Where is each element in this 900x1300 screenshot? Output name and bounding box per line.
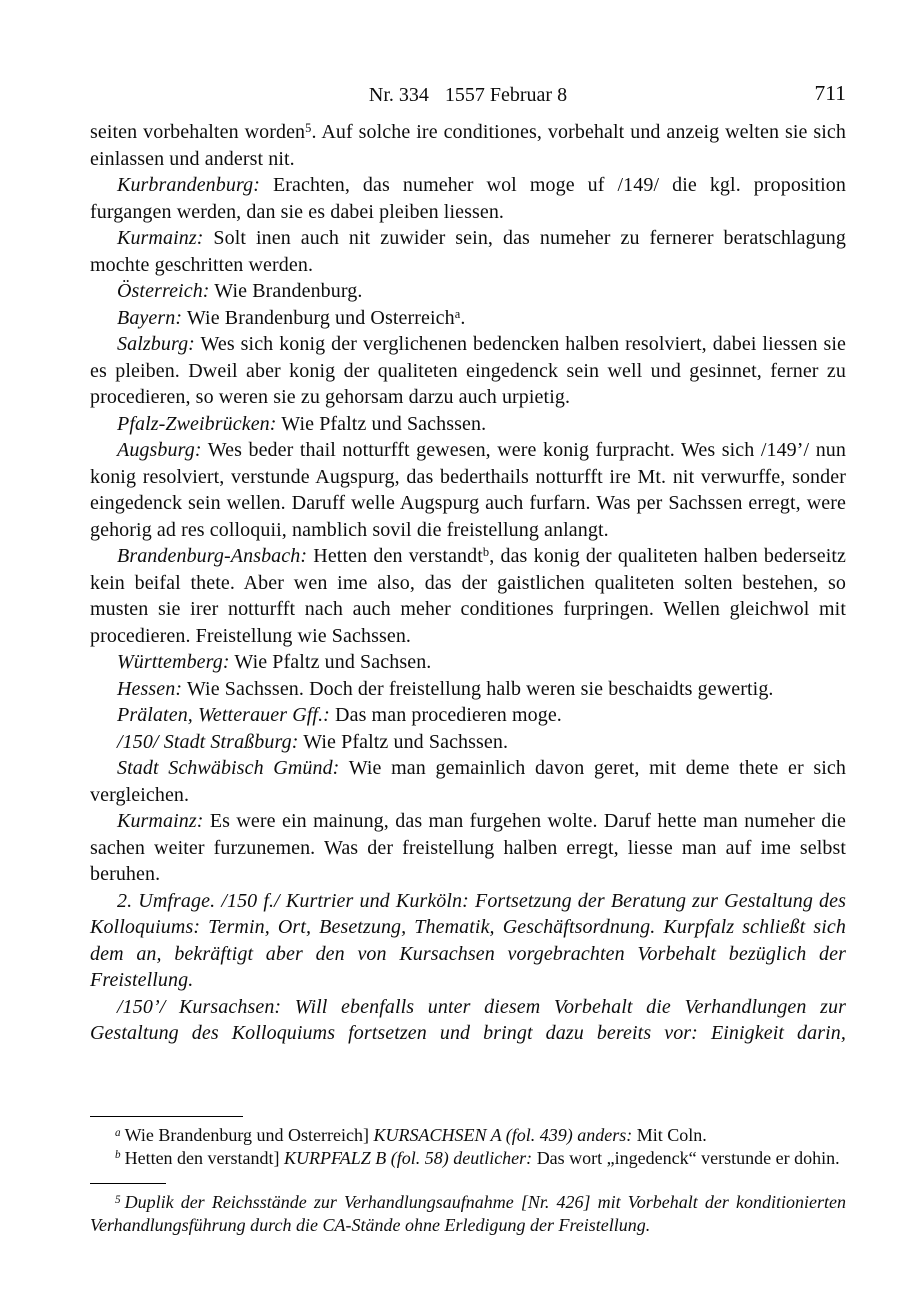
paragraph: Kurbrandenburg: Erachten, das numeher wo…: [90, 172, 846, 225]
header-caption: Nr. 3341557 Februar 8: [90, 83, 846, 107]
running-header: Nr. 3341557 Februar 8 711: [90, 83, 846, 107]
document-number: Nr. 334: [369, 84, 429, 106]
footnote-marker: a: [115, 1127, 121, 1139]
text-run: /150’/ Kursachsen: Will ebenfalls unter …: [90, 996, 846, 1045]
paragraph: Kurmainz: Es were ein mainung, das man f…: [90, 808, 846, 888]
text-run: Wie Pfaltz und Sachssen.: [277, 413, 487, 435]
text-run: Das wort „ingedenck“ verstunde er dohin.: [532, 1148, 839, 1168]
text-run: Österreich:: [117, 280, 210, 302]
text-run: Brandenburg-Ansbach:: [117, 545, 307, 567]
text-run: Wie Brandenburg und Osterreich]: [125, 1125, 374, 1145]
text-run: /150/ Stadt Straßburg:: [117, 731, 298, 753]
text-run: Hetten den verstandt]: [125, 1148, 284, 1168]
letter-note: bHetten den verstandt] KURPFALZ B (fol. …: [90, 1147, 846, 1170]
text-run: Kurmainz:: [117, 227, 203, 249]
letter-apparatus-rule: [90, 1116, 243, 1117]
footnote-rule: [90, 1183, 166, 1184]
document-date: 1557 Februar 8: [445, 84, 567, 106]
text-run: Solt inen auch nit zuwider sein, das num…: [90, 227, 846, 276]
text-run: Württemberg:: [117, 651, 230, 673]
paragraph: Kurmainz: Solt inen auch nit zuwider sei…: [90, 225, 846, 278]
paragraph: /150’/ Kursachsen: Will ebenfalls unter …: [90, 994, 846, 1047]
text-run: KURPFALZ B (fol. 58) deutlicher:: [284, 1148, 532, 1168]
text-run: Mit Coln.: [632, 1125, 707, 1145]
text-run: Augsburg:: [117, 439, 202, 461]
paragraph: /150/ Stadt Straßburg: Wie Pfaltz und Sa…: [90, 729, 846, 756]
page-number: 711: [815, 81, 846, 105]
paragraph: Prälaten, Wetterauer Gff.: Das man proce…: [90, 702, 846, 729]
letter-notes: aWie Brandenburg und Osterreich] KURSACH…: [90, 1124, 846, 1169]
letter-note: aWie Brandenburg und Osterreich] KURSACH…: [90, 1124, 846, 1147]
paragraph: 2. Umfrage. /150 f./ Kurtrier und Kurköl…: [90, 888, 846, 994]
paragraph: Brandenburg-Ansbach: Hetten den verstand…: [90, 543, 846, 649]
paragraph: seiten vorbehalten worden5. Auf solche i…: [90, 119, 846, 172]
paragraph: Salzburg: Wes sich konig der verglichene…: [90, 331, 846, 411]
text-run: Salzburg:: [117, 333, 195, 355]
paragraph: Hessen: Wie Sachssen. Doch der freistell…: [90, 676, 846, 703]
text-run: Kurbrandenburg:: [117, 174, 260, 196]
text-run: KURSACHSEN A (fol. 439) anders:: [373, 1125, 632, 1145]
paragraph: Augsburg: Wes beder thail notturfft gewe…: [90, 437, 846, 543]
paragraph: Österreich: Wie Brandenburg.: [90, 278, 846, 305]
text-run: Bayern:: [117, 307, 182, 329]
text-run: Duplik der Reichsstände zur Verhandlungs…: [90, 1192, 846, 1235]
footnote-marker: 5: [305, 121, 311, 135]
footnote-marker: 5: [115, 1194, 121, 1206]
book-page: Nr. 3341557 Februar 8 711 seiten vorbeha…: [0, 0, 900, 1300]
text-run: Wie Pfaltz und Sachssen.: [298, 731, 508, 753]
text-run: Hessen:: [117, 678, 182, 700]
text-run: Kurmainz:: [117, 810, 203, 832]
paragraph: Stadt Schwäbisch Gmünd: Wie man gemainli…: [90, 755, 846, 808]
text-run: Wes beder thail notturfft gewesen, were …: [90, 439, 846, 541]
paragraph: Pfalz-Zweibrücken: Wie Pfaltz und Sachss…: [90, 411, 846, 438]
text-run: Stadt Schwäbisch Gmünd:: [117, 757, 339, 779]
numbered-footnote: 5Duplik der Reichsstände zur Verhandlung…: [90, 1191, 846, 1236]
text-run: Wie Sachssen. Doch der freistellung halb…: [182, 678, 773, 700]
critical-apparatus: aWie Brandenburg und Osterreich] KURSACH…: [90, 1116, 846, 1236]
text-run: seiten vorbehalten worden: [90, 121, 305, 143]
text-run: Es were ein mainung, das man furgehen wo…: [90, 810, 846, 885]
text-run: Wie Brandenburg.: [210, 280, 363, 302]
text-run: Wie Pfaltz und Sachsen.: [230, 651, 432, 673]
text-run: Pfalz-Zweibrücken:: [117, 413, 277, 435]
footnote-marker: b: [483, 545, 489, 559]
text-run: Das man procedieren moge.: [330, 704, 562, 726]
paragraph: Württemberg: Wie Pfaltz und Sachsen.: [90, 649, 846, 676]
text-run: .: [460, 307, 465, 329]
numbered-footnotes: 5Duplik der Reichsstände zur Verhandlung…: [90, 1191, 846, 1236]
paragraph: Bayern: Wie Brandenburg und Osterreicha.: [90, 305, 846, 332]
text-run: Prälaten, Wetterauer Gff.:: [117, 704, 330, 726]
text-run: Wes sich konig der verglichenen bedencke…: [90, 333, 846, 408]
text-run: Wie Brandenburg und Osterreich: [182, 307, 455, 329]
footnote-marker: b: [115, 1149, 121, 1161]
text-run: Hetten den verstandt: [307, 545, 483, 567]
main-text: seiten vorbehalten worden5. Auf solche i…: [90, 119, 846, 1047]
text-run: 2. Umfrage. /150 f./ Kurtrier und Kurköl…: [90, 890, 846, 992]
footnote-marker: a: [455, 307, 461, 321]
